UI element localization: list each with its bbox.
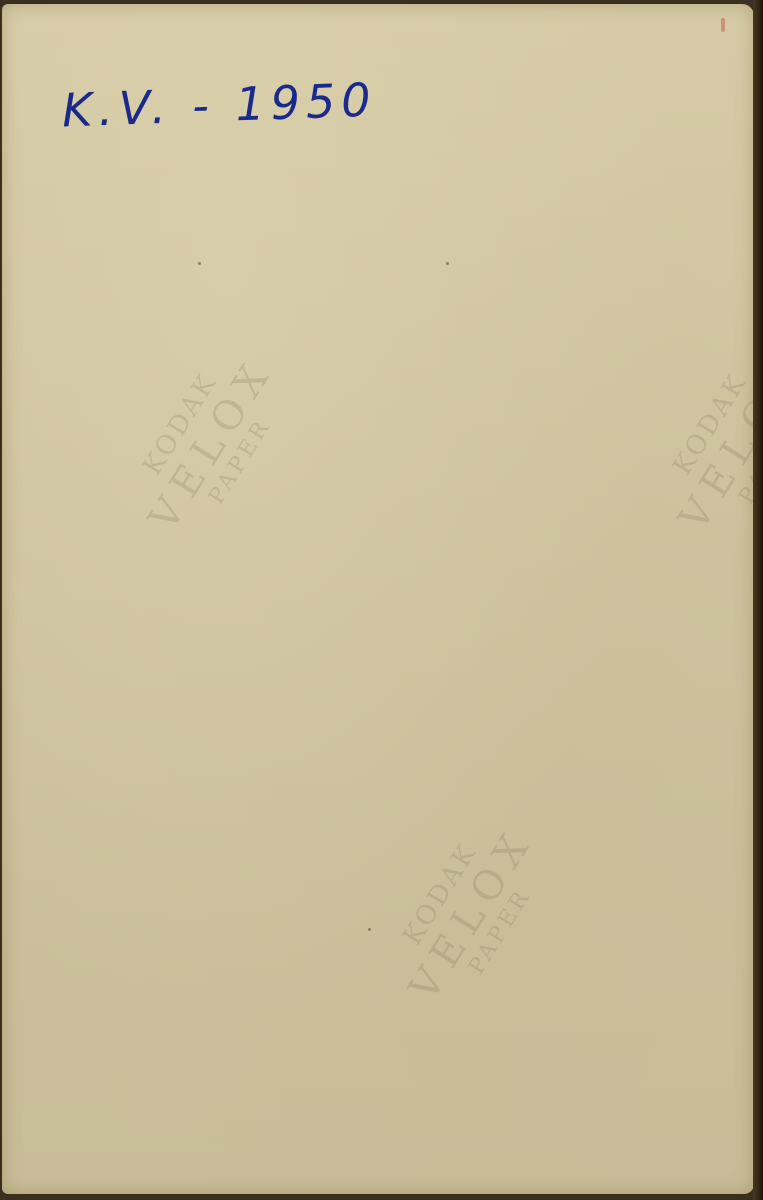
paper-speck <box>446 262 449 265</box>
photo-print-back: K.V. - 1950 KODAK VELOX PAPER KODAK VELO… <box>2 4 754 1194</box>
photo-back-scene: K.V. - 1950 KODAK VELOX PAPER KODAK VELO… <box>0 0 763 1200</box>
dark-background-edge <box>753 0 763 1200</box>
kodak-velox-watermark: KODAK VELOX PAPER <box>377 804 563 1021</box>
kodak-velox-watermark: KODAK VELOX PAPER <box>647 334 763 551</box>
handwritten-note: K.V. - 1950 <box>61 73 377 138</box>
kodak-velox-watermark: KODAK VELOX PAPER <box>117 334 303 551</box>
red-ink-fleck <box>721 18 725 32</box>
paper-speck <box>368 928 371 931</box>
paper-speck <box>198 262 201 265</box>
